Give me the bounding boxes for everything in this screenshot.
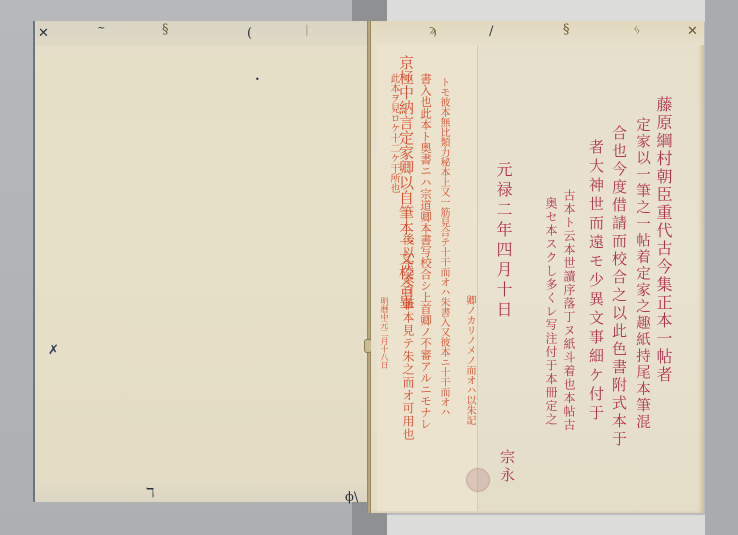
binding-mark-icon: ✕ [687, 25, 698, 38]
binding-mark-icon: ϕ\ [345, 491, 358, 504]
binding-thread-icon: ϡ [429, 24, 437, 37]
left-page-top-band [35, 21, 371, 46]
backdrop-bottom-sheet [387, 515, 705, 535]
binding-mark-icon: ℸ [146, 487, 154, 500]
main-column-6: 奥セ本スクし多くレ写注付于本冊定之 [543, 197, 559, 427]
pasted-annotation-slip: 京極中納言定家卿以自筆本一文校合畢 卿ノカリノメノ而オハ以朱記 書入也此本ト奥書… [377, 45, 478, 511]
slip-column-4: トモ彼本無比類力秘本上又一筋見合テ十干而オハ朱書入又彼本ニ十干而オハ [437, 77, 449, 417]
slip-column-5: 此本ヲ見ロケ十二ケ干所也 [387, 73, 399, 193]
binding-mark-icon: ✕ [38, 27, 49, 40]
binding-thread-icon: § [162, 23, 169, 36]
right-page-top-band [371, 21, 704, 45]
slip-column-7-date: 明暦中元二月十八日 [379, 297, 389, 369]
backdrop-right [705, 0, 738, 535]
main-column-5: 古本ト云本世讀序落丁ヌ紙斗着也本帖古 [561, 189, 577, 432]
right-page: ϡ / § ᛃ ✕ 京極中納言定家卿以自筆本一文校合畢 卿ノカリノメノ而オハ以朱… [371, 21, 704, 513]
colophon-signature: 宗永 [497, 449, 516, 485]
binding-mark-icon: ✗ [48, 344, 59, 357]
left-page: ✕ ~ § ( ᛁ • ✗ ℸ ϕ\ [33, 21, 371, 502]
binding-mark-icon: ~ [97, 24, 105, 34]
colophon-date: 元禄二年四月十日 [493, 161, 513, 321]
binding-mark-icon: ( [247, 27, 252, 40]
main-column-3: 合也今度借請而校合之以此色書附式本于 [609, 125, 628, 449]
binding-mark-icon: ᛁ [303, 25, 311, 38]
slip-column-2: 卿ノカリノメノ而オハ以朱記 [463, 295, 475, 425]
left-page-bottom-band [35, 482, 371, 502]
binding-thread-icon: § [563, 23, 570, 36]
ink-dot-icon: • [255, 76, 260, 84]
slip-column-3: 書入也此本ト奥書ニハ宗道卿本書写校合シ上首卿ノ不審アルニモナレ [419, 73, 433, 430]
main-column-2: 定家以一筆之一帖着定家之趣紙持尾本筆混 [633, 117, 651, 431]
backdrop-top-sheet [387, 0, 705, 22]
binding-mark-icon: / [489, 25, 493, 38]
binding-mark-icon: ᛃ [633, 24, 641, 37]
slip-column-6: 後以定家自筆本見テ朱之而オ可用也 [401, 233, 415, 441]
main-column-1: 藤原綱村朝臣重代古今集正本一帖者 [653, 96, 673, 384]
seal-stamp-icon [466, 468, 490, 492]
main-column-4: 者大神世而遠モ少異文事細ケ付于 [586, 139, 605, 424]
